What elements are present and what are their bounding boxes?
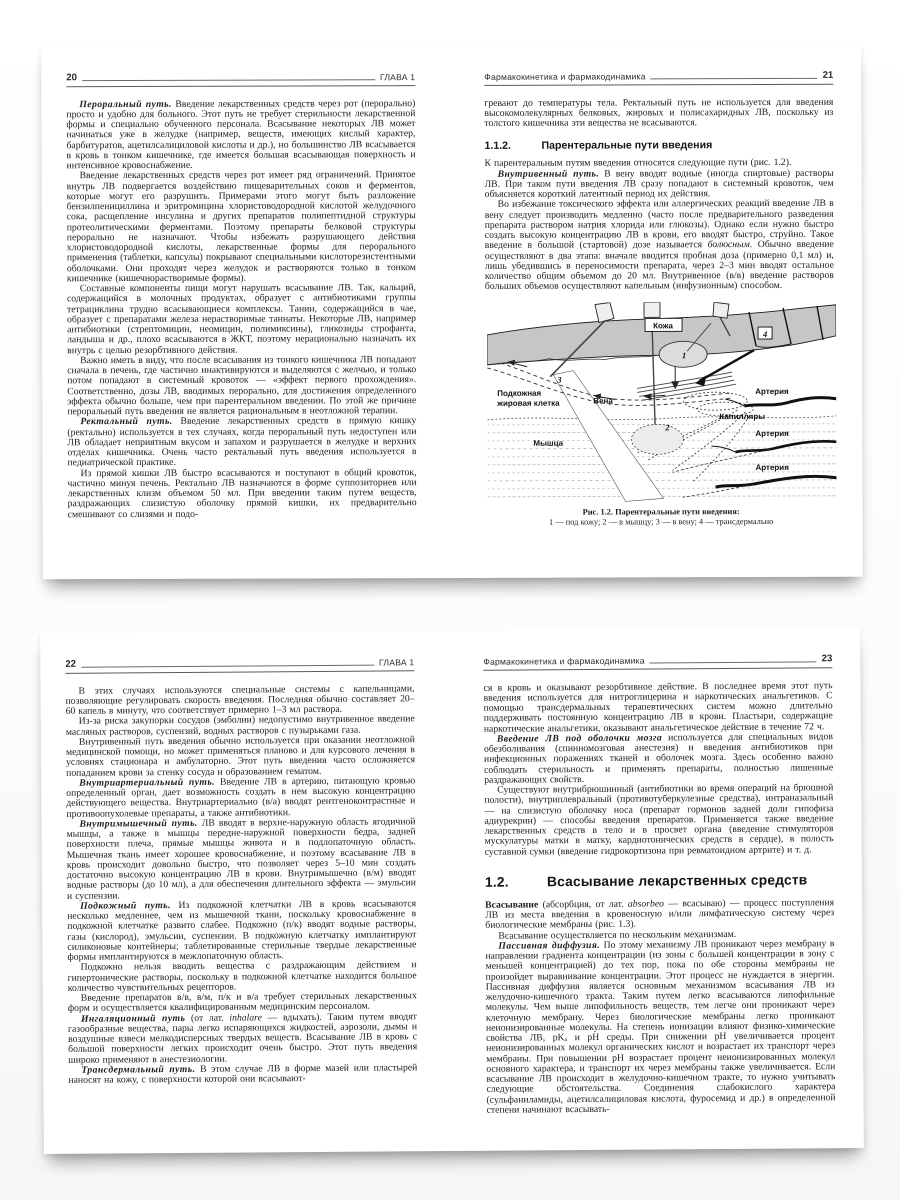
running-head-page-20: 20 ГЛАВА 1 [66, 71, 415, 87]
text-segment: гревают до температуры тела. Ректальный … [484, 96, 833, 129]
paragraph: Ингаляционный путь (от лат. inhalare — в… [68, 1012, 417, 1066]
text-segment: Введение лекарственных средств через рот… [67, 169, 416, 284]
text-segment: Составные компоненты пищи могут нарушать… [67, 282, 416, 356]
paragraph: Во избежание токсического эффекта или ал… [485, 199, 834, 292]
section-number: 1.1.2. [484, 140, 541, 152]
parenteral-routes-diagram: Кожа 4 1 2 3 Подкожная жировая клетка Ве… [487, 301, 837, 502]
paragraph: Внутримышечный путь. ЛВ вводят в верхне-… [66, 817, 416, 902]
book-spread-pages-20-21: 20 ГЛАВА 1 Пероральный путь. Введение ле… [41, 44, 863, 580]
vein-label: Вена [593, 396, 613, 405]
figure-1-2: Кожа 4 1 2 3 Подкожная жировая клетка Ве… [487, 301, 835, 528]
paragraph: Составные компоненты пищи могут нарушать… [67, 283, 416, 356]
section-heading-1-1-2: 1.1.2. Парентеральные пути введения [484, 139, 833, 152]
route-1-number: 1 [682, 350, 686, 360]
skin-label: Кожа [653, 321, 673, 330]
running-title: ГЛАВА 1 [380, 72, 415, 82]
section-title: Парентеральные пути введения [541, 139, 712, 152]
page-body: ся в кровь и оказывают резорбтивное дейс… [483, 681, 833, 858]
paragraph: Введение лекарственных средств через рот… [67, 170, 416, 284]
route-4-number: 4 [762, 329, 767, 339]
page-body: Пероральный путь. Введение лекарственных… [66, 99, 416, 520]
running-title: Фармакокинетика и фармакодинамика [483, 656, 644, 667]
page-body: В этих случаях используются специальные … [65, 684, 417, 1086]
paragraph: Трансдермальный путь. В этом случае ЛВ в… [68, 1063, 417, 1086]
text-segment: Существуют внутрибрюшинный (антибиотики … [484, 782, 833, 857]
paragraph: Из прямой кишки ЛВ быстро всасываются и … [67, 468, 416, 520]
paragraph: гревают до температуры тела. Ректальный … [484, 97, 833, 129]
page-number: 22 [65, 659, 76, 670]
subcut-label-line1: Подкожная [497, 388, 541, 397]
capillaries-label: Капилляры [719, 412, 765, 421]
artery-label-1: Артерия [755, 386, 789, 395]
paragraph: Внутриартериальный путь. Введение ЛВ в а… [66, 776, 415, 820]
paragraph: Введение ЛВ под оболочки мозга используе… [484, 732, 833, 786]
route-2-number: 2 [664, 422, 670, 432]
page-22: 22 ГЛАВА 1 В этих случаях используются с… [40, 630, 454, 1154]
running-title: ГЛАВА 1 [379, 657, 414, 667]
section-heading-1-2: 1.2. Всасывание лекарственных средств [485, 872, 834, 890]
paragraph: Существуют внутрибрюшинный (антибиотики … [484, 783, 834, 857]
text-segment: Из прямой кишки ЛВ быстро всасываются и … [68, 467, 417, 520]
paragraph: ся в кровь и оказывают резорбтивное дейс… [483, 681, 832, 735]
paragraph: Пероральный путь. Введение лекарственных… [66, 99, 415, 172]
text-segment: Внутривенный путь введения обычно исполь… [66, 734, 415, 778]
running-title: Фармакокинетика и фармакодинамика [484, 71, 645, 82]
route-3-number: 3 [556, 374, 562, 384]
intramuscular-site [631, 424, 683, 454]
running-head-rule [82, 78, 375, 81]
paragraph: Всасывание (абсорбция, от лат. absorbeo … [485, 898, 834, 931]
running-head-page-23: Фармакокинетика и фармакодинамика 23 [483, 653, 832, 670]
muscle-label: Мышца [533, 438, 563, 447]
figure-caption-legend: 1 — под кожу; 2 — в мышцу; 3 — в вену; 4… [488, 517, 835, 529]
page-23: Фармакокинетика и фармакодинамика 23 ся … [450, 627, 864, 1151]
page-body: К парентеральным путям введения относятс… [485, 158, 834, 292]
page-body: Всасывание (абсорбция, от лат. absorbeo … [485, 898, 836, 1116]
artery-label-2: Артерия [755, 428, 789, 437]
artery-label-3: Артерия [755, 462, 789, 471]
paragraph: Важно иметь в виду, что после всасывания… [67, 355, 416, 418]
running-head-rule [651, 77, 818, 80]
running-head-rule [650, 660, 817, 663]
running-head-page-22: 22 ГЛАВА 1 [65, 656, 414, 673]
text-segment: ЛВ вводят в верхне-наружную область ягод… [67, 816, 416, 901]
page-21: Фармакокинетика и фармакодинамика 21 гре… [451, 44, 863, 578]
book-photo-canvas: 20 ГЛАВА 1 Пероральный путь. Введение ле… [0, 0, 900, 1200]
muscle-border [487, 415, 836, 419]
text-segment: Важно иметь в виду, что после всасывания… [67, 354, 416, 417]
text-segment: ся в кровь и оказывают резорбтивное дейс… [483, 680, 832, 735]
page-number: 23 [822, 653, 833, 664]
text-segment: В этих случаях используются специальные … [66, 683, 415, 717]
page-20: 20 ГЛАВА 1 Пероральный путь. Введение ле… [41, 45, 453, 579]
text-segment: Подкожно нельзя вводить вещества с раздр… [68, 960, 417, 994]
page-number: 20 [66, 72, 77, 83]
running-head-page-21: Фармакокинетика и фармакодинамика 21 [484, 70, 833, 86]
paragraph: Подкожный путь. Из подкожной клетчатки Л… [67, 899, 416, 963]
book-spread-pages-22-23: 22 ГЛАВА 1 В этих случаях используются с… [40, 627, 864, 1154]
paragraph: Внутривенный путь введения обычно исполь… [66, 735, 415, 779]
paragraph: В этих случаях используются специальные … [65, 684, 414, 717]
paragraph: Подкожно нельзя вводить вещества с раздр… [68, 961, 417, 994]
section-number: 1.2. [485, 874, 547, 889]
text-segment: Введение лекарственных средств через рот… [66, 98, 415, 172]
section-title: Всасывание лекарственных средств [547, 872, 808, 889]
text-segment: По этому механизму ЛВ проникают через ме… [485, 938, 835, 1116]
page-number: 21 [823, 70, 834, 81]
page-body: гревают до температуры тела. Ректальный … [484, 97, 833, 129]
paragraph: Пассивная диффузия. По этому механизму Л… [485, 939, 835, 1116]
paragraph: Ректальный путь. Введение лекарственных … [67, 416, 416, 468]
running-head-rule [81, 664, 374, 668]
paragraph: Внутривенный путь. В вену вводят водные … [485, 168, 834, 200]
figure-caption: Рис. 1.2. Парентеральные пути введения: … [488, 506, 835, 528]
subcut-label-line2: жировая клетка [496, 398, 560, 407]
